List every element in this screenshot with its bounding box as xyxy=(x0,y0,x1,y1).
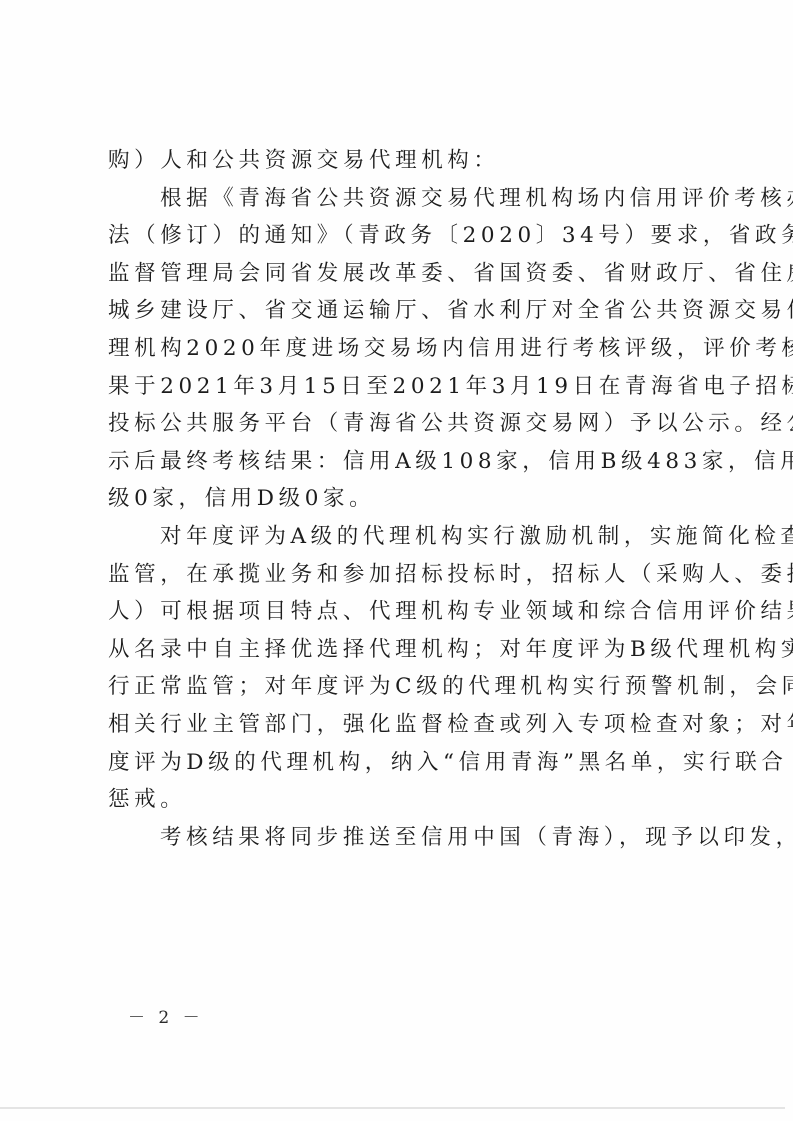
paragraph-line: 人）可根据项目特点、代理机构专业领域和综合信用评价结果， xyxy=(108,593,688,631)
paragraph-line: 对年度评为A级的代理机构实行激励机制，实施简化检查 xyxy=(108,518,688,556)
paragraph-line: 果于2021年3月15日至2021年3月19日在青海省电子招标 xyxy=(108,368,688,406)
paragraph-line: 考核结果将同步推送至信用中国（青海），现予以印发，请 xyxy=(108,819,688,857)
paragraph-line: 度评为D级的代理机构，纳入“信用青海”黑名单，实行联合 xyxy=(108,744,688,782)
paragraph-line: 城乡建设厅、省交通运输厅、省水利厅对全省公共资源交易代 xyxy=(108,292,688,330)
paragraph-line: 法（修订）的通知》（青政务〔2020〕34号）要求，省政务服务 xyxy=(108,217,688,255)
paragraph-line: 行正常监管；对年度评为C级的代理机构实行预警机制，会同 xyxy=(108,668,688,706)
paragraph-line: 根据《青海省公共资源交易代理机构场内信用评价考核办 xyxy=(108,180,688,218)
paragraph-line: 购）人和公共资源交易代理机构： xyxy=(108,142,688,180)
paragraph-line: 监督管理局会同省发展改革委、省国资委、省财政厅、省住房 xyxy=(108,255,688,293)
paragraph-line: 示后最终考核结果：信用A级108家，信用B级483家，信用C xyxy=(108,443,688,481)
page-bottom-edge xyxy=(0,1107,785,1109)
paragraph-line: 投标公共服务平台（青海省公共资源交易网）予以公示。经公 xyxy=(108,405,688,443)
paragraph-line: 理机构2020年度进场交易场内信用进行考核评级，评价考核结 xyxy=(108,330,688,368)
paragraph-line: 惩戒。 xyxy=(108,781,688,819)
paragraph-line: 从名录中自主择优选择代理机构；对年度评为B级代理机构实 xyxy=(108,631,688,669)
document-page: 购）人和公共资源交易代理机构： 根据《青海省公共资源交易代理机构场内信用评价考核… xyxy=(0,0,793,1121)
paragraph-line: 相关行业主管部门，强化监督检查或列入专项检查对象；对年 xyxy=(108,706,688,744)
paragraph-line: 级0家，信用D级0家。 xyxy=(108,480,688,518)
page-number: － 2 － xyxy=(128,1003,204,1028)
body-text: 购）人和公共资源交易代理机构： 根据《青海省公共资源交易代理机构场内信用评价考核… xyxy=(108,142,688,856)
paragraph-line: 监管，在承揽业务和参加招标投标时，招标人（采购人、委托 xyxy=(108,556,688,594)
